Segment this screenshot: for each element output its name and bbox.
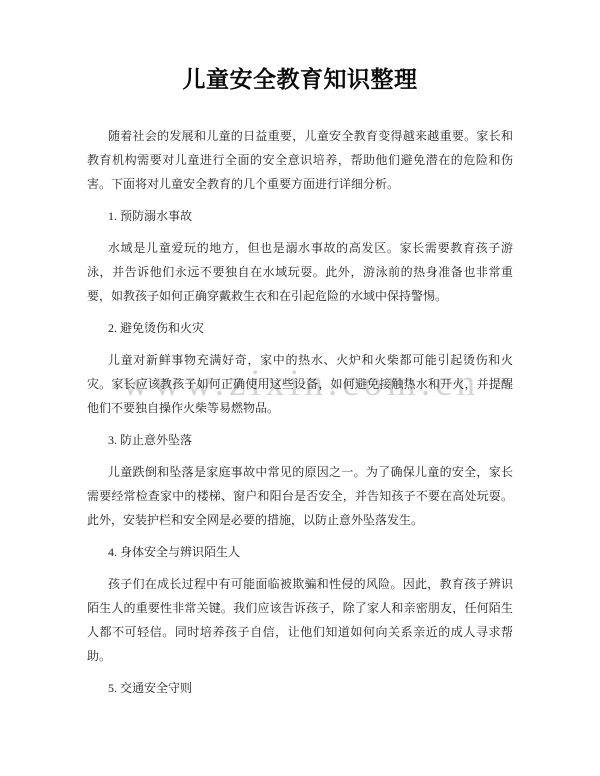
section-heading-1: 1. 预防溺水事故	[87, 204, 513, 228]
section-body-4: 孩子们在成长过程中有可能面临被欺骗和性侵的风险。因此，教育孩子辨识陌生人的重要性…	[87, 572, 513, 668]
intro-paragraph: 随着社会的发展和儿童的日益重要，儿童安全教育变得越来越重要。家长和教育机构需要对…	[87, 124, 513, 196]
document-title: 儿童安全教育知识整理	[87, 64, 513, 94]
section-strangers: 4. 身体安全与辨识陌生人 孩子们在成长过程中有可能面临被欺骗和性侵的风险。因此…	[87, 540, 513, 668]
section-body-2: 儿童对新鲜事物充满好奇，家中的热水、火炉和火柴都可能引起烫伤和火灾。家长应该教孩…	[87, 348, 513, 420]
section-body-1: 水域是儿童爱玩的地方，但也是溺水事故的高发区。家长需要教育孩子游泳，并告诉他们永…	[87, 236, 513, 308]
section-burns-fire: 2. 避免烫伤和火灾 儿童对新鲜事物充满好奇，家中的热水、火炉和火柴都可能引起烫…	[87, 316, 513, 420]
section-heading-4: 4. 身体安全与辨识陌生人	[87, 540, 513, 564]
section-falls: 3. 防止意外坠落 儿童跌倒和坠落是家庭事故中常见的原因之一。为了确保儿童的安全…	[87, 428, 513, 532]
section-body-3: 儿童跌倒和坠落是家庭事故中常见的原因之一。为了确保儿童的安全，家长需要经常检查家…	[87, 460, 513, 532]
document-page: 儿童安全教育知识整理 随着社会的发展和儿童的日益重要，儿童安全教育变得越来越重要…	[0, 0, 600, 700]
section-drowning: 1. 预防溺水事故 水域是儿童爱玩的地方，但也是溺水事故的高发区。家长需要教育孩…	[87, 204, 513, 308]
section-heading-5: 5. 交通安全守则	[87, 676, 513, 700]
section-traffic: 5. 交通安全守则	[87, 676, 513, 700]
section-heading-3: 3. 防止意外坠落	[87, 428, 513, 452]
section-heading-2: 2. 避免烫伤和火灾	[87, 316, 513, 340]
